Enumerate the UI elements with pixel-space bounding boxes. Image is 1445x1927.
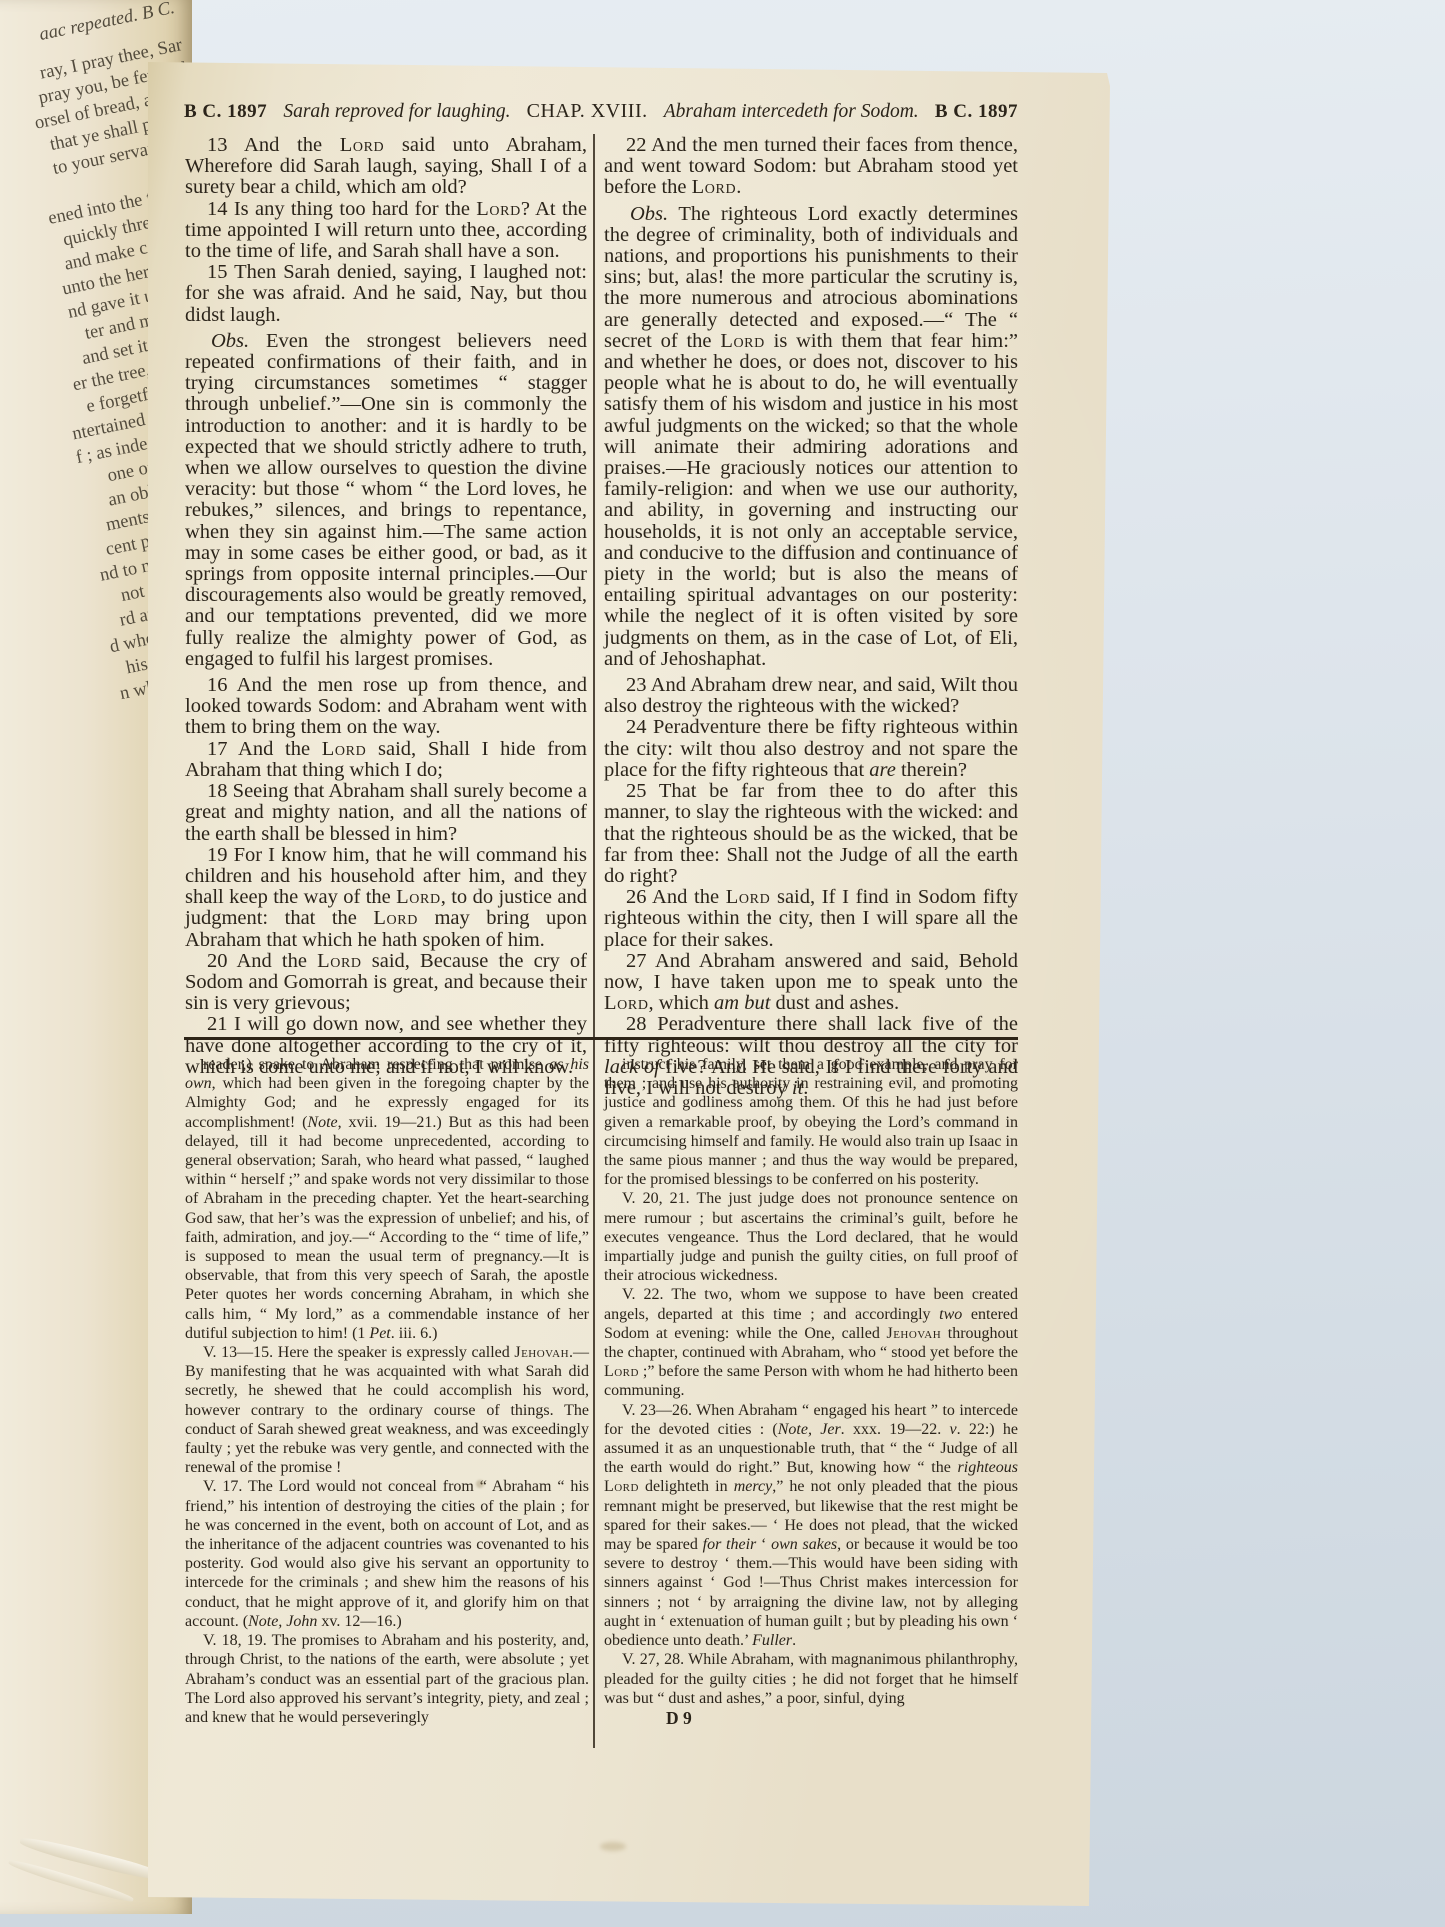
signature-mark: D 9: [666, 1709, 1018, 1728]
verse-paragraph: 26 And the Lord said, If I find in Sodom…: [604, 887, 1018, 951]
verse-paragraph: 22 And the men turned their faces from t…: [604, 135, 1018, 199]
commentary-column-right: instruct his family, set them a good exa…: [604, 1055, 1018, 1728]
note-paragraph: V. 20, 21. The just judge does not prono…: [604, 1189, 1018, 1285]
verse-paragraph: 25 That be far from thee to do after thi…: [604, 781, 1018, 887]
running-head: B C. 1897 Sarah reproved for laughing. C…: [184, 100, 1018, 123]
verse-paragraph: 24 Peradventure there be fifty righteous…: [604, 717, 1018, 781]
chapter-heading: CHAP. XVIII.: [527, 100, 648, 123]
verse-paragraph: 19 For I know him, that he will command …: [185, 845, 587, 951]
verse-paragraph: 13 And the Lord said unto Abraham, Where…: [185, 135, 587, 199]
page-stain: [476, 1480, 484, 1488]
note-paragraph: V. 22. The two, whom we suppose to have …: [604, 1285, 1018, 1400]
note-paragraph: V. 17. The Lord would not conceal from “…: [185, 1477, 589, 1631]
verse-paragraph: 17 And the Lord said, Shall I hide from …: [185, 739, 587, 781]
verse-paragraph: 27 And Abraham answered and said, Behold…: [604, 951, 1018, 1015]
page-stain: [600, 1842, 626, 1851]
verse-paragraph: Obs. The righteous Lord exactly determin…: [604, 204, 1018, 670]
verse-paragraph: 14 Is any thing too hard for the Lord? A…: [185, 199, 587, 263]
date-left: B C. 1897: [184, 101, 267, 123]
note-paragraph: V. 13—15. Here the speaker is expressly …: [185, 1343, 589, 1477]
photographed-book-page: aac repeated. B C.ray, I pray thee, Sarp…: [0, 0, 1445, 1927]
scripture-column-right: 22 And the men turned their faces from t…: [604, 135, 1018, 1099]
verse-paragraph: 23 And Abraham drew near, and said, Wilt…: [604, 675, 1018, 717]
note-paragraph: V. 23—26. When Abraham “ engaged his hea…: [604, 1401, 1018, 1651]
note-paragraph: reader,) spake to Abraham respecting tha…: [185, 1055, 589, 1343]
book-page: B C. 1897 Sarah reproved for laughing. C…: [148, 56, 1110, 1908]
verse-paragraph: 20 And the Lord said, Because the cry of…: [185, 951, 587, 1015]
note-paragraph: instruct his family, set them a good exa…: [604, 1055, 1018, 1189]
note-paragraph: V. 27, 28. While Abraham, with magnanimo…: [604, 1650, 1018, 1708]
verse-paragraph: Obs. Even the strongest believers need r…: [185, 331, 587, 670]
page-head-right-title: Abraham intercedeth for Sodom.: [664, 101, 919, 123]
date-right: B C. 1897: [935, 101, 1018, 123]
page-head-left-title: Sarah reproved for laughing.: [283, 101, 510, 123]
note-paragraph: V. 18, 19. The promises to Abraham and h…: [185, 1631, 589, 1727]
column-divider-rule: [593, 134, 595, 1748]
verse-paragraph: 18 Seeing that Abraham shall surely beco…: [185, 781, 587, 845]
verse-paragraph: 16 And the men rose up from thence, and …: [185, 675, 587, 739]
verse-paragraph: 15 Then Sarah denied, saying, I laughed …: [185, 262, 587, 326]
scripture-column-left: 13 And the Lord said unto Abraham, Where…: [185, 135, 587, 1078]
commentary-column-left: reader,) spake to Abraham respecting tha…: [185, 1055, 589, 1727]
